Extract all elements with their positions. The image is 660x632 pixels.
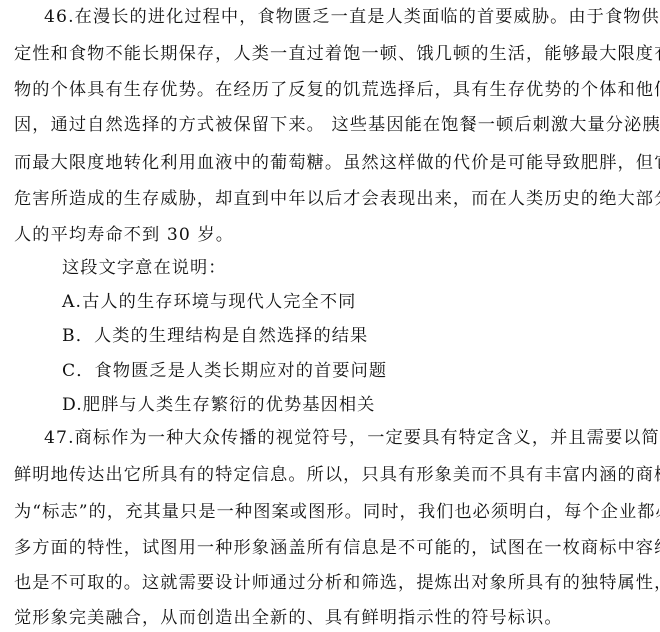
q46-option-c[interactable]: C．食物匮乏是人类长期应对的首要问题 bbox=[62, 360, 387, 382]
q47-line-6: 觉形象完美融合，从而创造出全新的、具有鲜明指示性的符号标识。 bbox=[14, 607, 563, 629]
q47-line-3: 为“标志”的，充其量只是一种图案或图形。同时，我们也必须明白，每个企业都必然具有 bbox=[14, 501, 660, 523]
q46-prompt: 这段文字意在说明： bbox=[62, 257, 227, 279]
q46-line-3: 物的个体具有生存优势。在经历了反复的饥荒选择后，具有生存优势的个体和他们体内的基 bbox=[14, 79, 660, 101]
q46-option-a[interactable]: A.古人的生存环境与现代人完全不同 bbox=[62, 291, 356, 313]
q46-line-2: 定性和食物不能长期保存，人类一直过着饱一顿、饿几顿的生活，能够最大限度有效利用食 bbox=[14, 43, 660, 65]
q46-option-b[interactable]: B．人类的生理结构是自然选择的结果 bbox=[62, 325, 368, 347]
q46-line-7: 人的平均寿命不到 30 岁。 bbox=[14, 224, 234, 246]
q46-line-4: 因，通过自然选择的方式被保留下来。 这些基因能在饱餐一顿后刺激大量分泌胰岛素，从 bbox=[14, 114, 660, 136]
q47-line-4: 多方面的特性，试图用一种形象涵盖所有信息是不可能的，试图在一枚商标中容纳所有特征… bbox=[14, 537, 660, 559]
q46-line-1: 46.在漫长的进化过程中，食物匮乏一直是人类面临的首要威胁。由于食物供应的不确 bbox=[44, 6, 660, 28]
q46-option-d[interactable]: D.肥胖与人类生存繁衍的优势基因相关 bbox=[62, 394, 375, 416]
q47-line-5: 也是不可取的。这就需要设计师通过分析和筛选，提炼出对象所具有的独特属性，使其与视 bbox=[14, 572, 660, 594]
q47-line-2: 鲜明地传达出它所具有的特定信息。所以，只具有形象美而不具有丰富内涵的商标是不能称 bbox=[14, 464, 660, 486]
q47-line-1: 47.商标作为一种大众传播的视觉符号，一定要具有特定含义，并且需要以简洁的形象， bbox=[44, 427, 660, 449]
q46-line-5: 而最大限度地转化利用血液中的葡萄糖。虽然这样做的代价是可能导致肥胖，但它对肌体的 bbox=[14, 152, 660, 174]
q46-line-6: 危害所造成的生存威胁，却直到中年以后才会表现出来，而在人类历史的绝大部分时间里， bbox=[14, 188, 660, 210]
